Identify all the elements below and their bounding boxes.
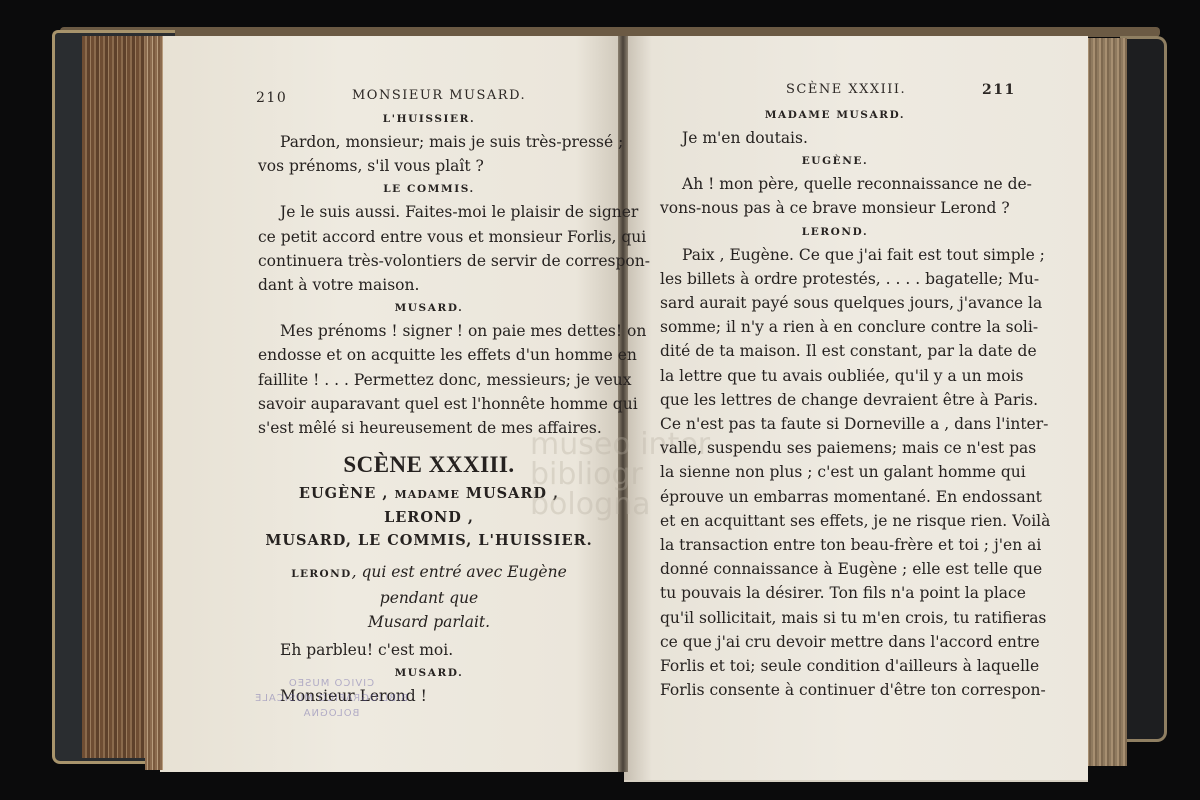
text-line: éprouve un embarras momentané. En endoss… [660, 485, 1010, 509]
text-line: Forlis consente à continuer d'être ton c… [660, 678, 1010, 702]
text-line: Je le suis aussi. Faites-moi le plaisir … [258, 200, 600, 224]
text-line: faillite ! . . . Permettez donc, messieu… [258, 368, 600, 392]
left-page-text: L'HUISSIER. Pardon, monsieur; mais je su… [258, 108, 600, 709]
text-line: savoir auparavant quel est l'honnête hom… [258, 392, 600, 416]
text-line: Ah ! mon père, quelle reconnaissance ne … [660, 172, 1010, 196]
text-line: continuera très-volontiers de servir de … [258, 249, 600, 273]
stamp-line: BIBLIOGRAFICO MUSICALE [236, 691, 426, 706]
text-line: tu pouvais la désirer. Ton fils n'a poin… [660, 581, 1010, 605]
right-running-head: SCÈNE XXXIII. [786, 82, 906, 97]
speaker-label: LE COMMIS. [258, 178, 600, 200]
cast-madame: MADAME [395, 488, 460, 501]
right-page-number: 211 [982, 82, 1016, 98]
stamp-line: CIVICO MUSEO [236, 676, 426, 691]
speaker-label: L'HUISSIER. [258, 108, 600, 130]
text-line: qu'il sollicitait, mais si tu m'en crois… [660, 606, 1010, 630]
text-line: la transaction entre ton beau-frère et t… [660, 533, 1010, 557]
text-line: valle, suspendu ses paiemens; mais ce n'… [660, 436, 1010, 460]
text-line: somme; il n'y a rien à en conclure contr… [660, 315, 1010, 339]
text-line: dité de ta maison. Il est constant, par … [660, 339, 1010, 363]
speaker-label: LEROND. [660, 221, 1010, 243]
text-line: Je m'en doutais. [660, 126, 1010, 150]
stamp-line: BOLOGNA [236, 706, 426, 721]
text-line: ce que j'ai cru devoir mettre dans l'acc… [660, 630, 1010, 654]
text-line: la lettre que tu avais oubliée, qu'il y … [660, 364, 1010, 388]
text-line: Eh parbleu! c'est moi. [258, 638, 600, 662]
stage-text: , qui est entré avec Eugène pendant que [352, 563, 567, 607]
stage-speaker: LEROND [291, 568, 351, 580]
right-page-edges [1085, 38, 1127, 766]
speaker-label: MADAME MUSARD. [660, 104, 1010, 126]
speaker-label: MUSARD. [258, 297, 600, 319]
text-line: Paix , Eugène. Ce que j'ai fait est tout… [660, 243, 1010, 267]
text-line: donné connaissance à Eugène ; elle est t… [660, 557, 1010, 581]
text-line: les billets à ordre protestés, . . . . b… [660, 267, 1010, 291]
library-stamp: CIVICO MUSEO BIBLIOGRAFICO MUSICALE BOLO… [236, 676, 426, 721]
text-line: que les lettres de change devraient être… [660, 388, 1010, 412]
right-page-text: MADAME MUSARD. Je m'en doutais. EUGÈNE. … [660, 104, 1010, 702]
text-line: ce petit accord entre vous et monsieur F… [258, 225, 600, 249]
cast-part: EUGÈNE , [299, 485, 395, 502]
text-line: la sienne non plus ; c'est un galant hom… [660, 460, 1010, 484]
open-book: 210 MONSIEUR MUSARD. L'HUISSIER. Pardon,… [0, 0, 1200, 800]
cast-list-line-2: MUSARD, LE COMMIS, L'HUISSIER. [258, 529, 600, 552]
text-line: endosse et on acquitte les effets d'un h… [258, 343, 600, 367]
text-line: dant à votre maison. [258, 273, 600, 297]
left-page-number: 210 [256, 90, 287, 106]
text-line: vons-nous pas à ce brave monsieur Lerond… [660, 196, 1010, 220]
text-line: et en acquittant ses effets, je ne risqu… [660, 509, 1010, 533]
speaker-label: EUGÈNE. [660, 150, 1010, 172]
left-page-edges-inner [145, 36, 163, 770]
right-cover-board [1120, 36, 1167, 742]
left-running-head: MONSIEUR MUSARD. [352, 88, 526, 103]
text-line: Forlis et toi; seule condition d'ailleur… [660, 654, 1010, 678]
text-line: Ce n'est pas ta faute si Dorneville a , … [660, 412, 1010, 436]
text-line: vos prénoms, s'il vous plaît ? [258, 154, 600, 178]
stage-direction: LEROND, qui est entré avec Eugène pendan… [258, 560, 600, 610]
stage-direction-2: Musard parlait. [258, 610, 600, 634]
text-line: Mes prénoms ! signer ! on paie mes dette… [258, 319, 600, 343]
text-line: Pardon, monsieur; mais je suis très-pres… [258, 130, 600, 154]
text-line: sard aurait payé sous quelques jours, j'… [660, 291, 1010, 315]
